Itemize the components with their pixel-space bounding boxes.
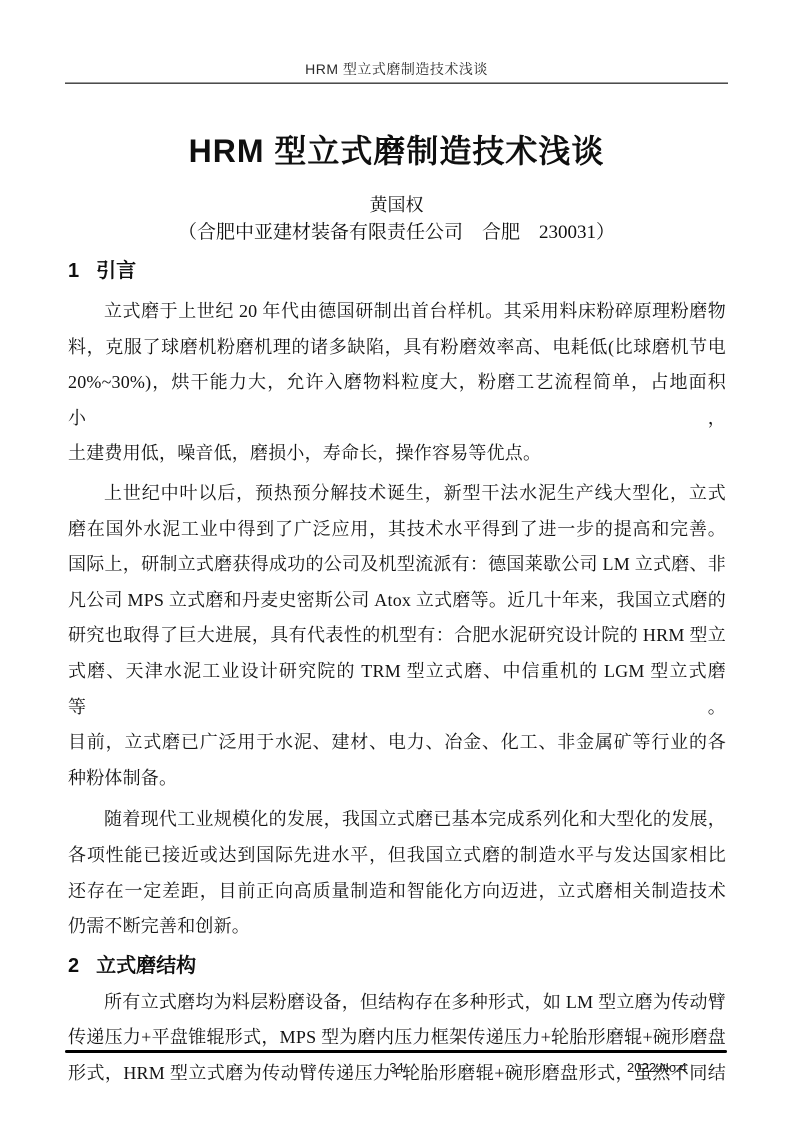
body-line: 式磨、天津水泥工业设计研究院的 TRM 型立式磨、中信重机的 LGM 型立式磨等… [68,654,726,725]
body-line: 所有立式磨均为料层粉磨设备，但结构存在多种形式，如 LM 型立磨为传动臂 [68,985,726,1021]
body-line: 料，克服了球磨机粉磨机理的诸多缺陷，具有粉磨效率高、电耗低(比球磨机节电 [68,330,726,366]
body-line: 凡公司 MPS 立式磨和丹麦史密斯公司 Atox 立式磨等。近几十年来，我国立式… [68,583,726,619]
body-line: 随着现代工业规模化的发展，我国立式磨已基本完成系列化和大型化的发展， [68,802,726,838]
section-1-heading: 1引言 [68,256,726,286]
body-line: 目前，立式磨已广泛用于水泥、建材、电力、冶金、化工、非金属矿等行业的各 [68,725,726,761]
section-2-label: 立式磨结构 [96,955,196,977]
body-line: 立式磨于上世纪 20 年代由德国研制出首台样机。其采用料床粉碎原理粉磨物 [68,294,726,330]
page-title: HRM 型立式磨制造技术浅谈 [0,126,793,172]
author-affiliation: （合肥中亚建材装备有限责任公司 合肥 230031） [0,217,793,244]
header-rule [65,82,728,84]
body-line: 磨在国外水泥工业中得到了广泛应用，其技术水平得到了进一步的提高和完善。 [68,512,726,548]
section-2-number: 2 [68,955,79,977]
issue-label: 2022.No.4 [627,1060,687,1075]
document-page: HRM 型立式磨制造技术浅谈 HRM 型立式磨制造技术浅谈 黄国权 （合肥中亚建… [0,0,793,1122]
body-line: 20%~30%)，烘干能力大，允许入磨物料粒度大，粉磨工艺流程简单，占地面积小， [68,365,726,436]
body-line: 国际上，研制立式磨获得成功的公司及机型流派有：德国莱歇公司 LM 立式磨、非 [68,547,726,583]
document-body: 1引言 立式磨于上世纪 20 年代由德国研制出首台样机。其采用料床粉碎原理粉磨物… [68,256,726,1091]
section-1-label: 引言 [96,260,136,282]
section-1-number: 1 [68,260,79,282]
footer-rule [65,1050,727,1053]
section-2-heading: 2立式磨结构 [68,951,726,981]
running-header-title: HRM 型立式磨制造技术浅谈 [0,59,793,79]
body-line: 上世纪中叶以后，预热预分解技术诞生，新型干法水泥生产线大型化，立式 [68,476,726,512]
paragraph: 随着现代工业规模化的发展，我国立式磨已基本完成系列化和大型化的发展， 各项性能已… [68,802,726,944]
body-line: 还存在一定差距，目前正向高质量制造和智能化方向迈进，立式磨相关制造技术 [68,874,726,910]
paragraph: 所有立式磨均为料层粉磨设备，但结构存在多种形式，如 LM 型立磨为传动臂 传递压… [68,985,726,1092]
body-line: 研究也取得了巨大进展，具有代表性的机型有：合肥水泥研究设计院的 HRM 型立 [68,618,726,654]
body-line: 各项性能已接近或达到国际先进水平，但我国立式磨的制造水平与发达国家相比 [68,838,726,874]
author-name: 黄国权 [0,191,793,217]
paragraph: 上世纪中叶以后，预热预分解技术诞生，新型干法水泥生产线大型化，立式 磨在国外水泥… [68,476,726,796]
body-line: 仍需不断完善和创新。 [68,909,726,945]
body-line: 土建费用低，噪音低，磨损小，寿命长，操作容易等优点。 [68,436,726,472]
body-line: 种粉体制备。 [68,761,726,797]
paragraph: 立式磨于上世纪 20 年代由德国研制出首台样机。其采用料床粉碎原理粉磨物 料，克… [68,294,726,472]
